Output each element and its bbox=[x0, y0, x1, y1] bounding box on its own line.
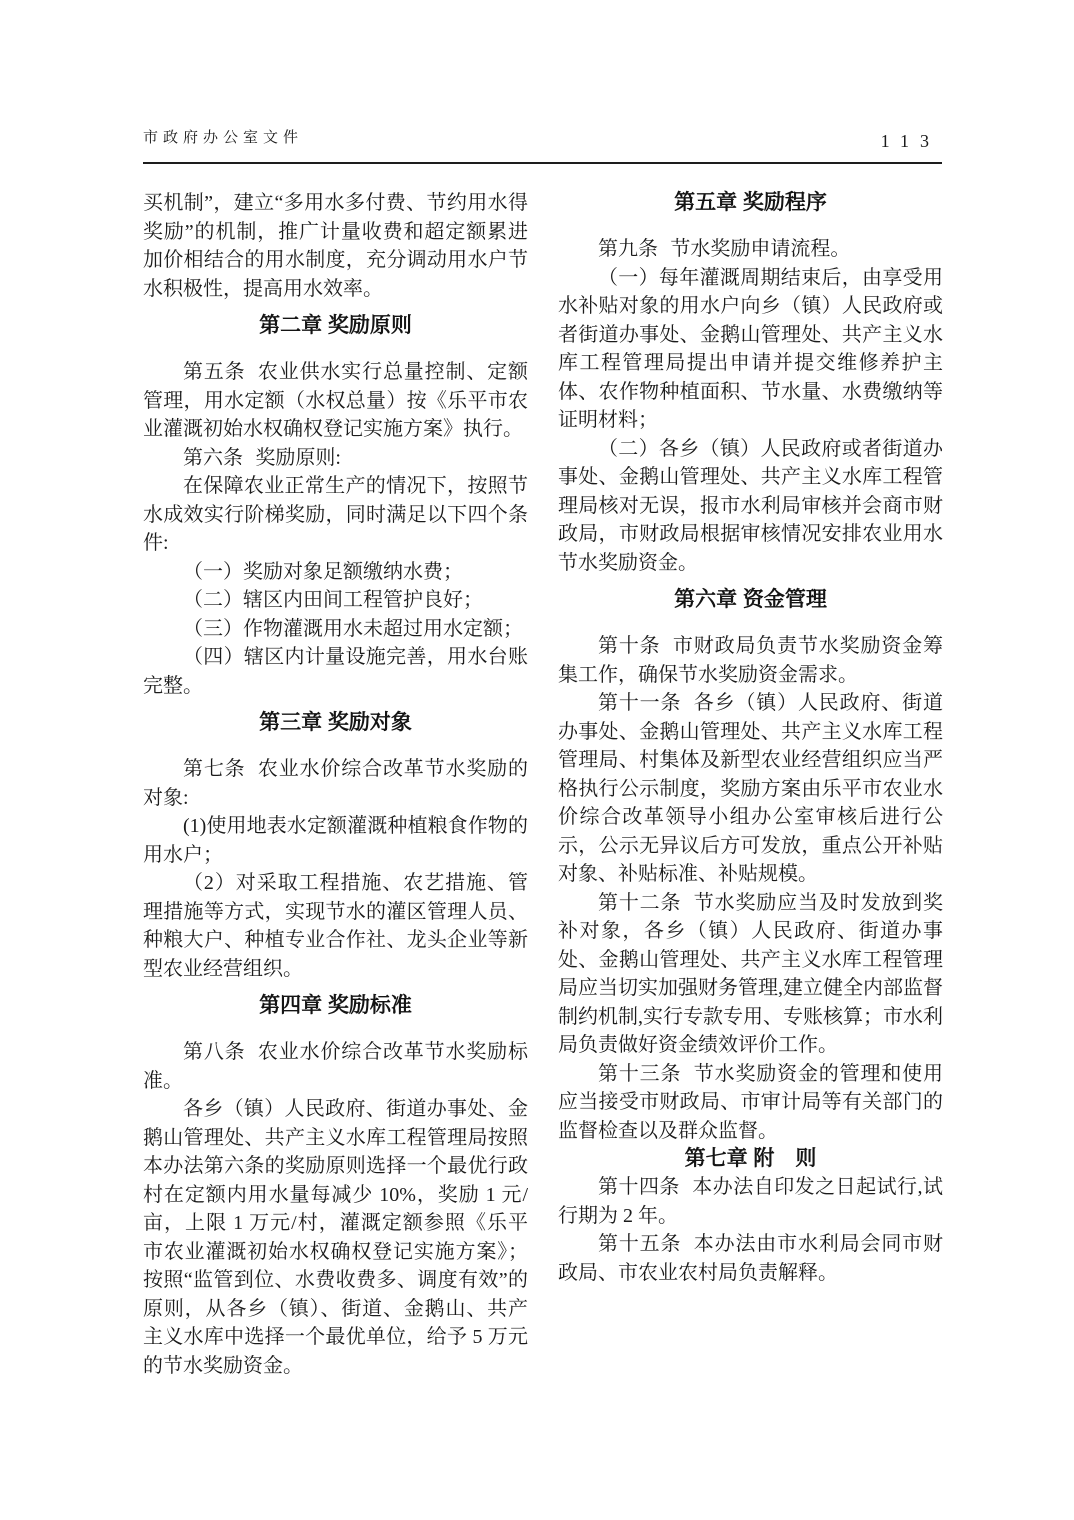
column-left: 买机制”，建立“多用水多付费、节约用水得奖励”的机制，推广计量收费和超定额累进加… bbox=[143, 189, 528, 1380]
paragraph: 第九条节水奖励申请流程。 bbox=[558, 235, 943, 264]
paragraph: （四）辖区内计量设施完善，用水台账完整。 bbox=[143, 643, 528, 700]
page-header: 市政府办公室文件 113 bbox=[143, 126, 942, 150]
article-label: 第八条 bbox=[183, 1041, 246, 1063]
article-label: 第十一条 bbox=[598, 692, 681, 714]
chapter-heading: 第三章 奖励对象 bbox=[143, 709, 528, 737]
paragraph: 第十二条节水奖励应当及时发放到奖补对象，各乡（镇）人民政府、街道办事处、金鹅山管… bbox=[558, 889, 943, 1060]
paragraph: 各乡（镇）人民政府、街道办事处、金鹅山管理处、共产主义水库工程管理局按照本办法第… bbox=[143, 1095, 528, 1380]
column-right: 第五章 奖励程序第九条节水奖励申请流程。（一）每年灌溉周期结束后，由享受用水补贴… bbox=[558, 189, 943, 1380]
article-label: 第十三条 bbox=[598, 1063, 681, 1085]
paragraph: 第六条奖励原则: bbox=[143, 444, 528, 473]
paragraph: (1)使用地表水定额灌溉种植粮食作物的用水户； bbox=[143, 812, 528, 869]
paragraph: 第七条农业水价综合改革节水奖励的对象: bbox=[143, 755, 528, 812]
chapter-heading: 第二章 奖励原则 bbox=[143, 312, 528, 340]
paragraph: （一）每年灌溉周期结束后，由享受用水补贴对象的用水户向乡（镇）人民政府或者街道办… bbox=[558, 264, 943, 435]
article-label: 第九条 bbox=[598, 238, 658, 260]
article-label: 第十四条 bbox=[598, 1176, 680, 1198]
document-columns: 买机制”，建立“多用水多付费、节约用水得奖励”的机制，推广计量收费和超定额累进加… bbox=[143, 189, 943, 1380]
paragraph: 第十一条各乡（镇）人民政府、街道办事处、金鹅山管理处、共产主义水库工程管理局、村… bbox=[558, 689, 943, 889]
chapter-heading: 第七章 附 则 bbox=[558, 1145, 943, 1173]
paragraph: 第八条农业水价综合改革节水奖励标准。 bbox=[143, 1038, 528, 1095]
paragraph: 第十四条本办法自印发之日起试行,试行期为 2 年。 bbox=[558, 1173, 943, 1230]
article-label: 第五条 bbox=[183, 361, 246, 383]
article-label: 第七条 bbox=[183, 758, 246, 780]
paragraph: 第五条农业供水实行总量控制、定额管理，用水定额（水权总量）按《乐平市农业灌溉初始… bbox=[143, 358, 528, 444]
paragraph: 在保障农业正常生产的情况下，按照节水成效实行阶梯奖励，同时满足以下四个条件: bbox=[143, 472, 528, 558]
paragraph: 买机制”，建立“多用水多付费、节约用水得奖励”的机制，推广计量收费和超定额累进加… bbox=[143, 189, 528, 303]
header-page-number: 113 bbox=[881, 132, 942, 150]
header-rule bbox=[143, 162, 942, 164]
chapter-heading: 第六章 资金管理 bbox=[558, 586, 943, 614]
article-label: 第十五条 bbox=[598, 1233, 681, 1255]
document-page: 市政府办公室文件 113 买机制”，建立“多用水多付费、节约用水得奖励”的机制，… bbox=[0, 0, 1074, 1520]
paragraph: （一）奖励对象足额缴纳水费； bbox=[143, 558, 528, 587]
paragraph: 第十五条本办法由市水利局会同市财政局、市农业农村局负责解释。 bbox=[558, 1230, 943, 1287]
chapter-heading: 第五章 奖励程序 bbox=[558, 189, 943, 217]
article-label: 第六条 bbox=[183, 447, 243, 469]
article-label: 第十二条 bbox=[598, 892, 681, 914]
paragraph: （二）各乡（镇）人民政府或者街道办事处、金鹅山管理处、共产主义水库工程管理局核对… bbox=[558, 435, 943, 578]
paragraph: 第十条市财政局负责节水奖励资金筹集工作，确保节水奖励资金需求。 bbox=[558, 632, 943, 689]
chapter-heading: 第四章 奖励标准 bbox=[143, 992, 528, 1020]
paragraph: （二）辖区内田间工程管护良好； bbox=[143, 586, 528, 615]
header-doc-label: 市政府办公室文件 bbox=[143, 126, 303, 150]
article-label: 第十条 bbox=[598, 635, 661, 657]
paragraph: 第十三条节水奖励资金的管理和使用应当接受市财政局、市审计局等有关部门的监督检查以… bbox=[558, 1060, 943, 1146]
paragraph: （三）作物灌溉用水未超过用水定额； bbox=[143, 615, 528, 644]
paragraph: （2）对采取工程措施、农艺措施、管理措施等方式，实现节水的灌区管理人员、种粮大户… bbox=[143, 869, 528, 983]
